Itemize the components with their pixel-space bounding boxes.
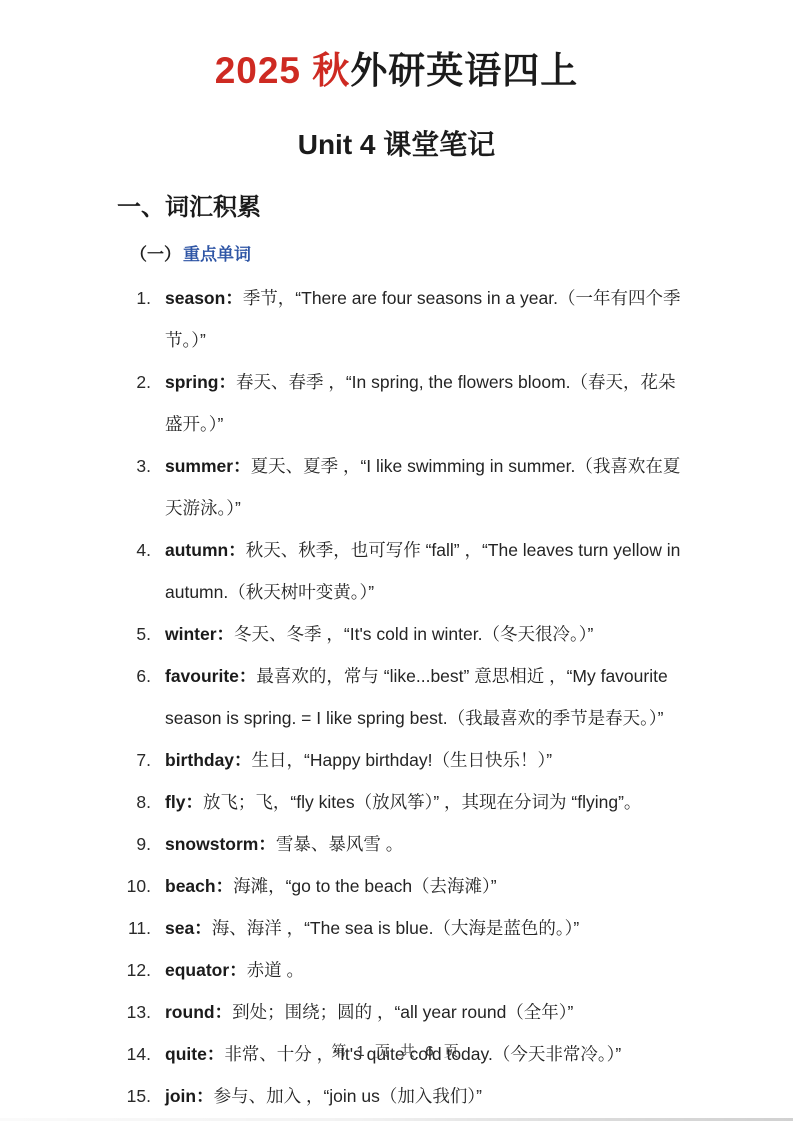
item-content: snowstorm：雪暴、暴风雪 。	[165, 823, 685, 865]
vocab-item-favourite: 6. favourite：最喜欢的，常与 “like...best” 意思相近 …	[123, 655, 793, 739]
vocab-word: summer	[165, 456, 233, 476]
vocab-word: fly	[165, 792, 185, 812]
vocab-word: join	[165, 1086, 196, 1106]
vocab-colon: ：	[217, 624, 235, 644]
subsection-number: （一）	[130, 245, 181, 264]
vocab-word: season	[165, 288, 225, 308]
vocab-desc: 海滩，“go to the beach（去海滩）”	[233, 876, 497, 896]
item-number: 1.	[123, 277, 151, 319]
vocab-word: beach	[165, 876, 216, 896]
item-content: join：参与、加入 ，“join us（加入我们）”	[165, 1075, 685, 1117]
subsection-label: 重点单词	[183, 245, 251, 264]
vocab-colon: ：	[196, 1086, 214, 1106]
item-content: birthday：生日，“Happy birthday!（生日快乐！）”	[165, 739, 685, 781]
vocab-colon: ：	[218, 372, 236, 392]
vocab-item-summer: 3. summer：夏天、夏季 ，“I like swimming in sum…	[123, 445, 793, 529]
vocab-colon: ：	[225, 288, 243, 308]
vocab-colon: ：	[229, 960, 247, 980]
item-content: fly：放飞；飞，“fly kites（放风筝）” ，其现在分词为 “flyin…	[165, 781, 685, 823]
vocab-item-season: 1. season：季节，“There are four seasons in …	[123, 277, 793, 361]
item-content: round：到处；围绕；圆的 ，“all year round（全年）”	[165, 991, 685, 1033]
item-content: summer：夏天、夏季 ，“I like swimming in summer…	[165, 445, 685, 529]
item-number: 8.	[123, 781, 151, 823]
vocab-desc: 雪暴、暴风雪 。	[276, 834, 403, 854]
item-number: 15.	[123, 1075, 151, 1117]
page-title: 2025 秋外研英语四上	[0, 0, 793, 93]
vocab-item-round: 13. round：到处；围绕；圆的 ，“all year round（全年）”	[123, 991, 793, 1033]
item-number: 6.	[123, 655, 151, 697]
vocab-word: equator	[165, 960, 229, 980]
vocab-desc: 季节，“There are four seasons in a year.（一年…	[165, 288, 680, 350]
vocab-colon: ：	[239, 666, 257, 686]
vocab-word: round	[165, 1002, 215, 1022]
vocab-word: spring	[165, 372, 218, 392]
item-number: 7.	[123, 739, 151, 781]
vocab-item-sea: 11. sea：海、海洋 ，“The sea is blue.（大海是蓝色的。）…	[123, 907, 793, 949]
subsection-heading-key-words: （一）重点单词	[130, 245, 793, 265]
item-content: sea：海、海洋 ，“The sea is blue.（大海是蓝色的。）”	[165, 907, 685, 949]
vocab-colon: ：	[194, 918, 212, 938]
vocab-item-spring: 2. spring：春天、春季 ，“In spring, the flowers…	[123, 361, 793, 445]
item-content: equator：赤道 。	[165, 949, 685, 991]
vocab-word: birthday	[165, 750, 234, 770]
vocab-desc: 参与、加入 ，“join us（加入我们）”	[214, 1086, 482, 1106]
document-page: 2025 秋外研英语四上 Unit 4 课堂笔记 一、词汇积累 （一）重点单词 …	[0, 0, 793, 1121]
item-number: 13.	[123, 991, 151, 1033]
vocab-colon: ：	[234, 750, 252, 770]
item-content: favourite：最喜欢的，常与 “like...best” 意思相近 ，“M…	[165, 655, 685, 739]
page-subtitle: Unit 4 课堂笔记	[0, 93, 793, 161]
vocab-colon: ：	[185, 792, 203, 812]
item-number: 2.	[123, 361, 151, 403]
item-number: 4.	[123, 529, 151, 571]
vocab-desc: 生日，“Happy birthday!（生日快乐！）”	[252, 750, 552, 770]
vocab-item-equator: 12. equator：赤道 。	[123, 949, 793, 991]
vocab-desc: 冬天、冬季 ，“It's cold in winter.（冬天很冷。）”	[234, 624, 593, 644]
vocab-word: favourite	[165, 666, 239, 686]
vocab-desc: 春天、春季 ，“In spring, the flowers bloom.（春天…	[165, 372, 676, 434]
vocab-desc: 到处；围绕；圆的 ，“all year round（全年）”	[232, 1002, 573, 1022]
vocab-item-join: 15. join：参与、加入 ，“join us（加入我们）”	[123, 1075, 793, 1117]
vocab-item-autumn: 4. autumn：秋天、秋季，也可写作 “fall” ，“The leaves…	[123, 529, 793, 613]
vocab-colon: ：	[216, 876, 234, 896]
vocab-colon: ：	[258, 834, 276, 854]
page-number-footer: 第 1 页 共 6 页	[0, 1040, 793, 1061]
item-number: 10.	[123, 865, 151, 907]
item-number: 5.	[123, 613, 151, 655]
vocab-item-birthday: 7. birthday：生日，“Happy birthday!（生日快乐！）”	[123, 739, 793, 781]
item-content: spring：春天、春季 ，“In spring, the flowers bl…	[165, 361, 685, 445]
item-number: 12.	[123, 949, 151, 991]
vocab-desc: 赤道 。	[247, 960, 304, 980]
vocab-item-beach: 10. beach：海滩，“go to the beach（去海滩）”	[123, 865, 793, 907]
item-number: 9.	[123, 823, 151, 865]
vocab-word: snowstorm	[165, 834, 258, 854]
vocab-word: sea	[165, 918, 194, 938]
vocab-colon: ：	[233, 456, 251, 476]
item-number: 3.	[123, 445, 151, 487]
item-content: autumn：秋天、秋季，也可写作 “fall” ，“The leaves tu…	[165, 529, 685, 613]
item-content: beach：海滩，“go to the beach（去海滩）”	[165, 865, 685, 907]
vocab-item-fly: 8. fly：放飞；飞，“fly kites（放风筝）” ，其现在分词为 “fl…	[123, 781, 793, 823]
section-heading-vocabulary: 一、词汇积累	[117, 194, 793, 222]
vocab-list: 1. season：季节，“There are four seasons in …	[0, 277, 793, 1117]
vocab-item-winter: 5. winter：冬天、冬季 ，“It's cold in winter.（冬…	[123, 613, 793, 655]
vocab-desc: 海、海洋 ，“The sea is blue.（大海是蓝色的。）”	[212, 918, 580, 938]
item-number: 11.	[123, 907, 151, 949]
vocab-word: autumn	[165, 540, 228, 560]
item-content: season：季节，“There are four seasons in a y…	[165, 277, 685, 361]
vocab-word: winter	[165, 624, 217, 644]
item-content: winter：冬天、冬季 ，“It's cold in winter.（冬天很冷…	[165, 613, 685, 655]
page-title-rest: 外研英语四上	[350, 50, 578, 91]
vocab-item-snowstorm: 9. snowstorm：雪暴、暴风雪 。	[123, 823, 793, 865]
vocab-colon: ：	[228, 540, 246, 560]
vocab-colon: ：	[215, 1002, 233, 1022]
vocab-desc: 放飞；飞，“fly kites（放风筝）” ，其现在分词为 “flying”。	[203, 792, 641, 812]
page-title-year: 2025 秋	[215, 50, 351, 91]
